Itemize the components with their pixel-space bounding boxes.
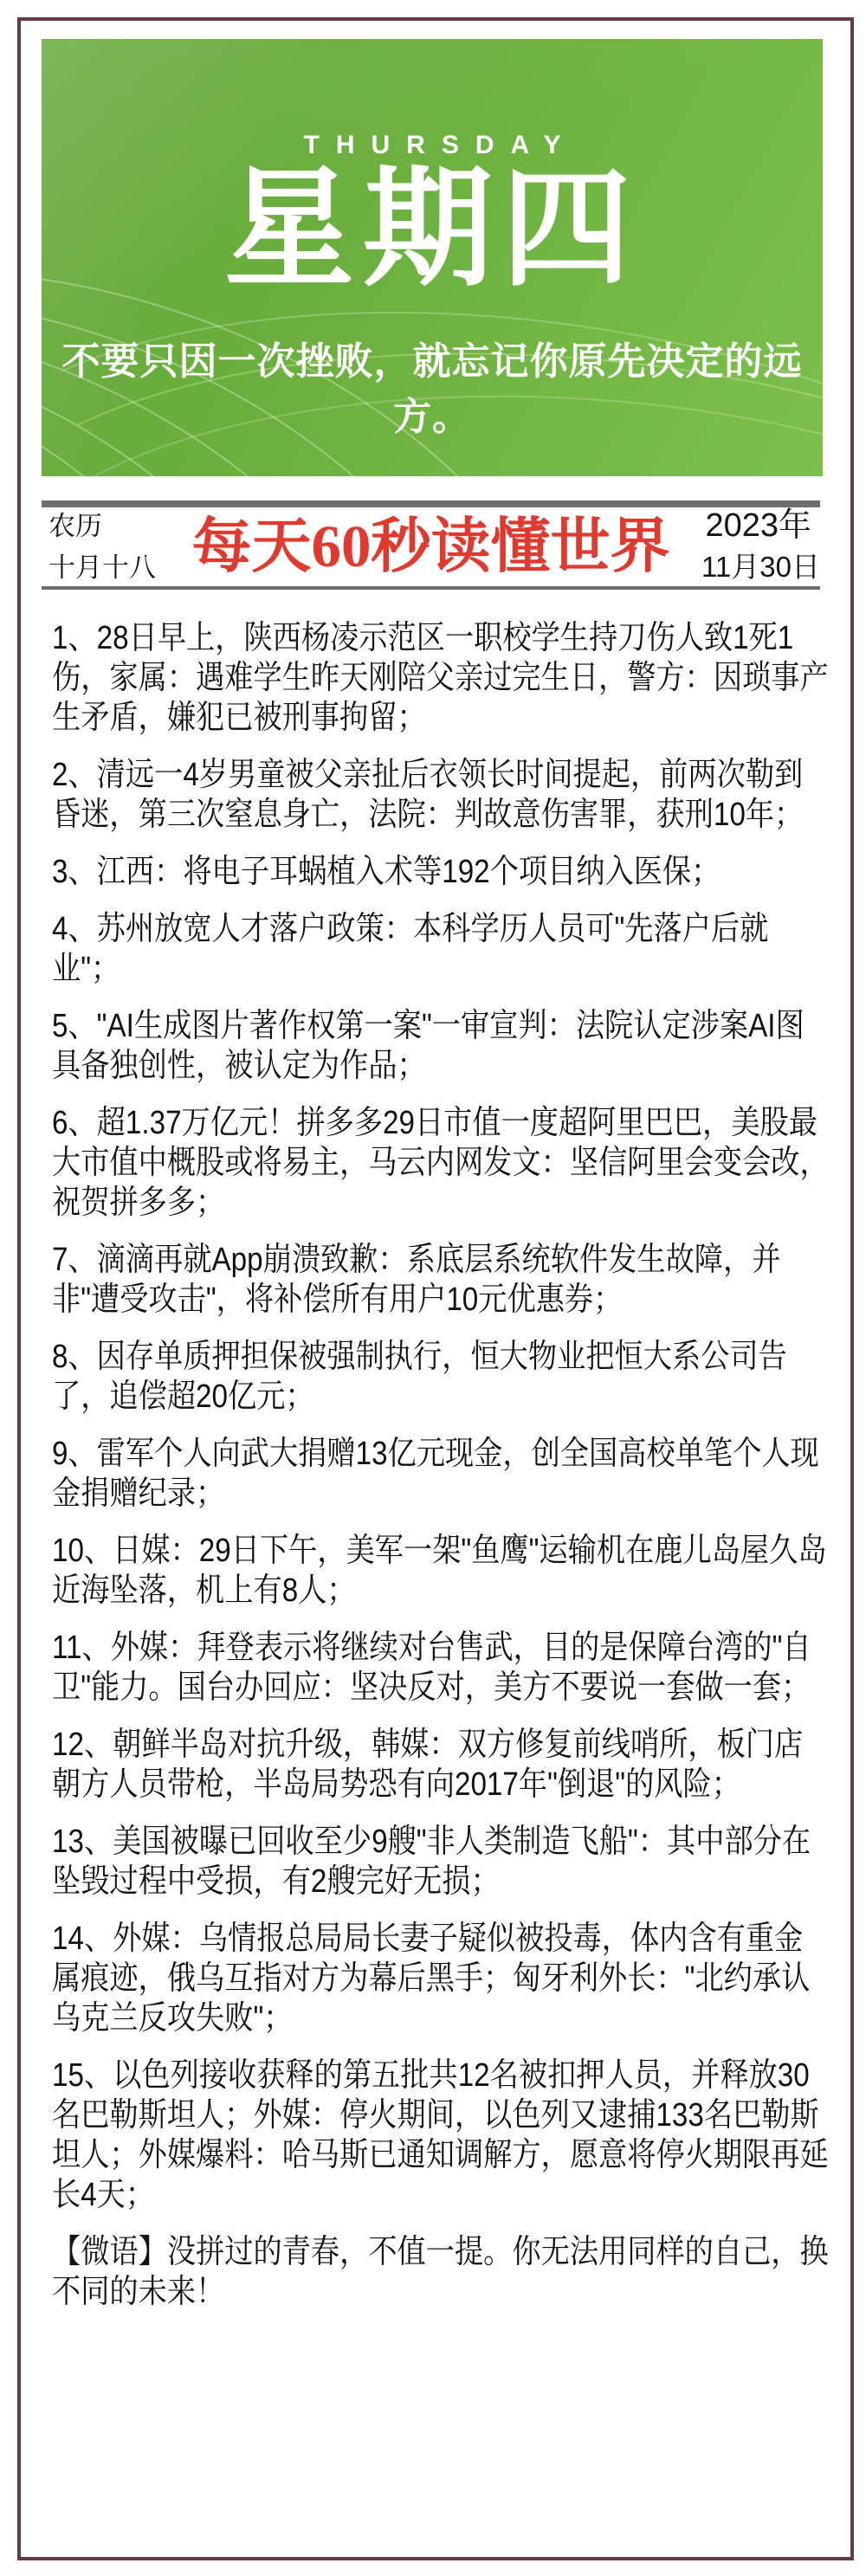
year-label: 2023年 (705, 509, 811, 542)
weekday-english: THURSDAY (42, 131, 823, 160)
divider-bottom (42, 586, 820, 590)
news-item: 3、江西：将电子耳蜗植入术等192个项目纳入医保； (52, 852, 831, 892)
weekday-chinese: 星期四 (42, 165, 823, 295)
news-item: 14、外媒：乌情报总局局长妻子疑似被投毒，体内含有重金属痕迹，俄乌互指对方为幕后… (52, 1919, 831, 2038)
date-bar: 农历 十月十八 每天60秒读懂世界 2023年 11月30日 (42, 500, 820, 590)
divider-top (42, 500, 820, 507)
date-label: 11月30日 (701, 552, 820, 581)
news-item: 10、日媒：29日下午，美军一架"鱼鹰"运输机在鹿儿岛屋久岛近海坠落，机上有8人… (52, 1531, 831, 1611)
weiyu-note: 【微语】没拼过的青春，不值一提。你无法用同样的自己，换不同的未来！ (52, 2232, 831, 2312)
news-item: 4、苏州放宽人才落户政策：本科学历人员可"先落户后就业"； (52, 909, 831, 989)
news-digest-page: THURSDAY 星期四 不要只因一次挫败，就忘记你原先决定的远方。 农历 十月… (0, 0, 866, 2576)
news-item: 6、超1.37万亿元！拼多多29日市值一度超阿里巴巴，美股最大市值中概股或将易主… (52, 1103, 831, 1223)
header-banner: THURSDAY 星期四 不要只因一次挫败，就忘记你原先决定的远方。 (42, 39, 823, 476)
news-item: 1、28日早上，陕西杨凌示范区一职校学生持刀伤人致1死1伤，家属：遇难学生昨天刚… (52, 618, 831, 738)
news-item: 15、以色列接收获释的第五批共12名被扣押人员，并释放30名巴勒斯坦人；外媒：停… (52, 2056, 831, 2215)
news-item: 7、滴滴再就App崩溃致歉：系底层系统软件发生故障，并非"遭受攻击"，将补偿所有… (52, 1240, 831, 1320)
news-item: 13、美国被曝已回收至少9艘"非人类制造飞船"：其中部分在坠毁过程中受损，有2艘… (52, 1822, 831, 1901)
news-list: 1、28日早上，陕西杨凌示范区一职校学生持刀伤人致1死1伤，家属：遇难学生昨天刚… (52, 618, 831, 2329)
daily-quote: 不要只因一次挫败，就忘记你原先决定的远方。 (42, 330, 823, 441)
news-item: 11、外媒：拜登表示将继续对台售武，目的是保障台湾的"自卫"能力。国台办回应：坚… (52, 1628, 831, 1708)
news-item: 5、"AI生成图片著作权第一案"一审宣判：法院认定涉案AI图具备独创性，被认定为… (52, 1006, 831, 1086)
news-item: 8、因存单质押担保被强制执行，恒大物业把恒大系公司告了，追偿超20亿元； (52, 1337, 831, 1417)
news-item: 2、清远一4岁男童被父亲扯后衣领长时间提起，前两次勒到昏迷，第三次窒息身亡，法院… (52, 755, 831, 835)
news-item: 12、朝鲜半岛对抗升级，韩媒：双方修复前线哨所，板门店朝方人员带枪，半岛局势恐有… (52, 1725, 831, 1804)
news-item: 9、雷军个人向武大捐赠13亿元现金，创全国高校单笔个人现金捐赠纪录； (52, 1434, 831, 1514)
